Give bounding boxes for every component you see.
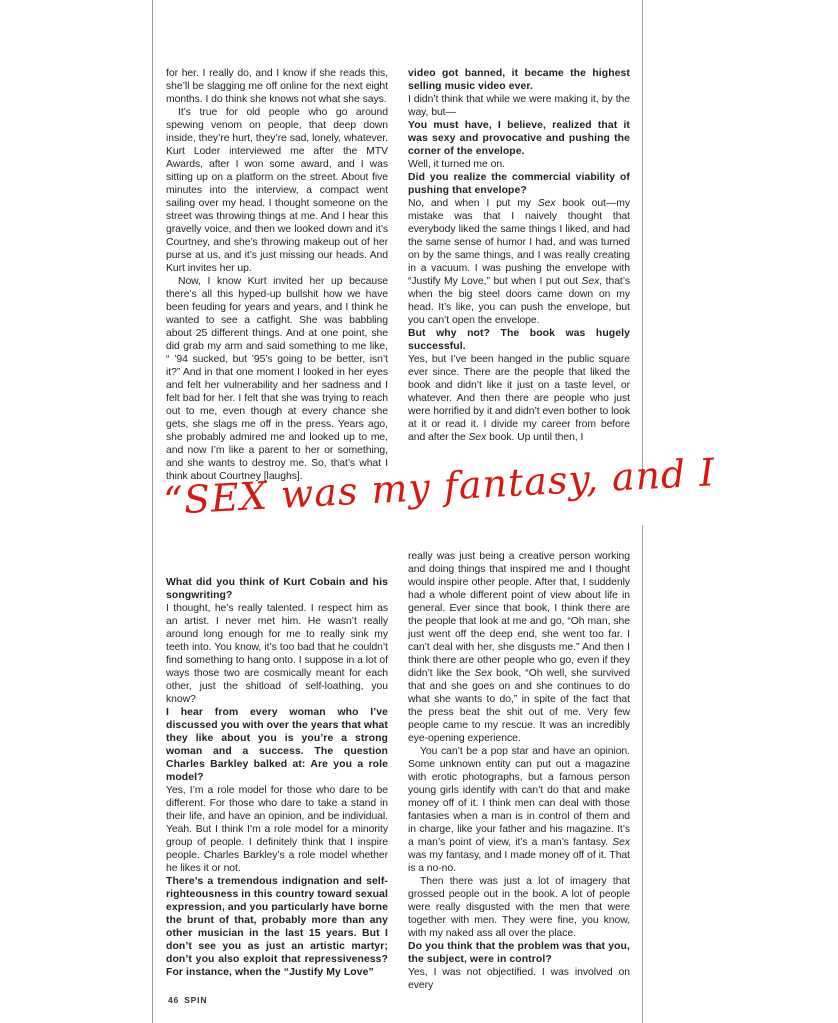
page-gutter-rule-right-top <box>642 0 643 470</box>
answer-paragraph: Now, I know Kurt invited her up because … <box>166 275 388 483</box>
article-column-1-top: for her. I really do, and I know if she … <box>166 67 388 483</box>
interview-answer: Well, it turned me on. <box>408 158 630 171</box>
answer-text: really was just being a creative person … <box>408 551 630 679</box>
interview-answer: Yes, I’m a role model for those who dare… <box>166 784 388 875</box>
interview-question: I hear from every woman who I’ve discuss… <box>166 706 388 784</box>
answer-text: Yes, but I’ve been hanged in the public … <box>408 354 630 443</box>
article-column-2-bottom: really was just being a creative person … <box>408 550 630 992</box>
book-title-sex: Sex <box>612 837 630 848</box>
page-gutter-rule-right-bottom <box>642 525 643 1023</box>
article-column-1-bottom: What did you think of Kurt Cobain and hi… <box>166 576 388 979</box>
answer-text: You can’t be a pop star and have an opin… <box>408 746 630 848</box>
interview-question: There’s a tremendous indignation and sel… <box>166 875 388 979</box>
interview-answer: I didn’t think that while we were making… <box>408 93 630 119</box>
answer-text: was my fantasy, and I made money off of … <box>408 850 630 874</box>
interview-answer: I thought, he’s really talented. I respe… <box>166 602 388 706</box>
page-gutter-rule-left <box>152 0 153 1023</box>
page-folio: 46 SPIN <box>168 995 207 1005</box>
book-title-sex: Sex <box>469 432 487 443</box>
interview-question: video got banned, it became the highest … <box>408 67 630 93</box>
interview-question: Did you realize the commercial viability… <box>408 171 630 197</box>
interview-answer: No, and when I put my Sex book out—my mi… <box>408 197 630 327</box>
interview-answer: Yes, but I’ve been hanged in the public … <box>408 353 630 444</box>
answer-text: No, and when I put my <box>408 198 538 209</box>
answer-paragraph: It’s true for old people who go around s… <box>166 106 388 275</box>
answer-text: book, “Oh well, she survived that and sh… <box>408 668 630 744</box>
answer-text: book. Up until then, I <box>486 432 583 443</box>
answer-text: book out—my mistake was that I naively t… <box>408 198 630 287</box>
interview-question: What did you think of Kurt Cobain and hi… <box>166 576 388 602</box>
book-title-sex: Sex <box>538 198 556 209</box>
answer-paragraph: You can’t be a pop star and have an opin… <box>408 745 630 875</box>
interview-answer: Yes, I was not objectified. I was involv… <box>408 966 630 992</box>
interview-question: You must have, I believe, realized that … <box>408 119 630 158</box>
interview-question: But why not? The book was hugely success… <box>408 327 630 353</box>
book-title-sex: Sex <box>582 276 600 287</box>
answer-paragraph: Then there was just a lot of imagery tha… <box>408 875 630 940</box>
answer-paragraph: for her. I really do, and I know if she … <box>166 67 388 106</box>
interview-question: Do you think that the problem was that y… <box>408 940 630 966</box>
answer-paragraph: really was just being a creative person … <box>408 550 630 745</box>
article-column-2-top: video got banned, it became the highest … <box>408 67 630 444</box>
book-title-sex: Sex <box>474 668 492 679</box>
